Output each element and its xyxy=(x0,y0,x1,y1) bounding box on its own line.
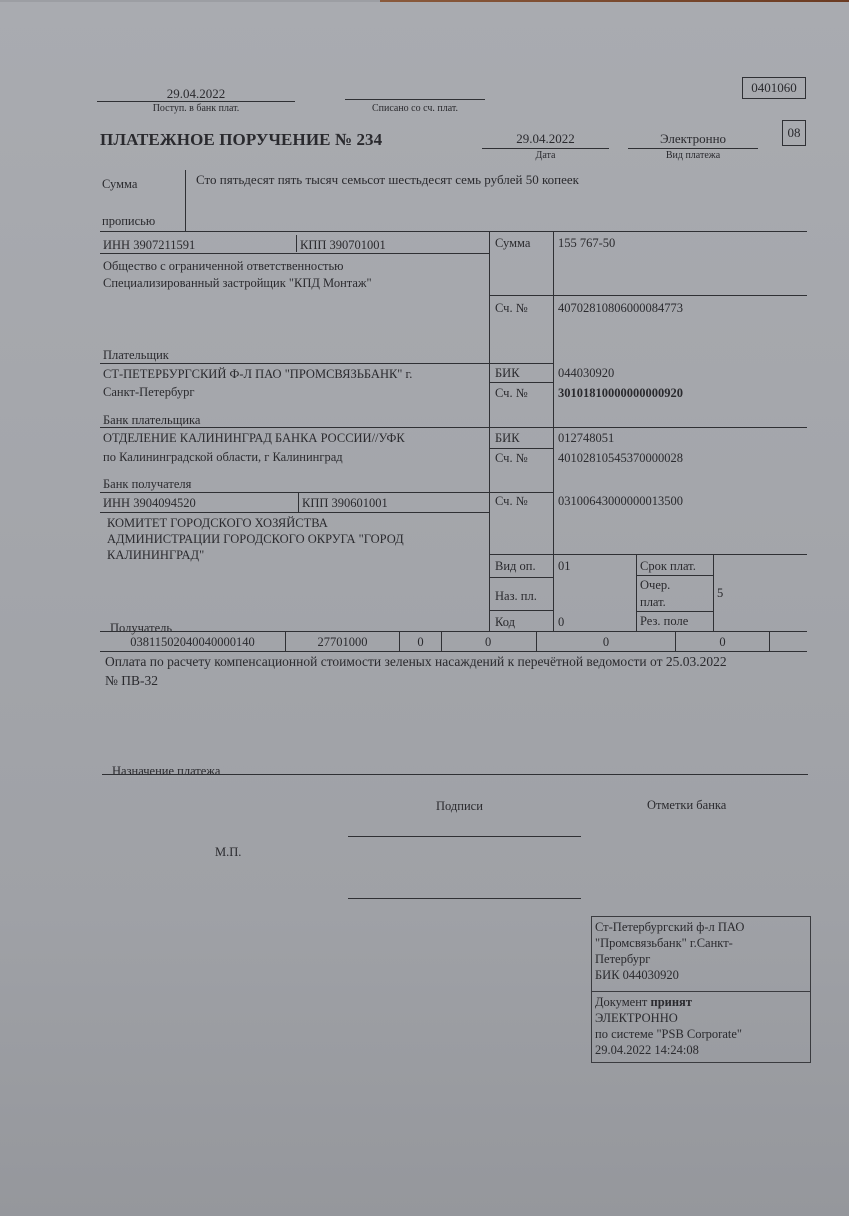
payee-inn-kpp-divider xyxy=(298,493,299,512)
main-vertical-divider xyxy=(489,231,490,631)
payment-type-line xyxy=(628,148,758,149)
payee-name-3: КАЛИНИНГРАД" xyxy=(107,548,204,563)
form-code-box: 0401060 xyxy=(742,77,806,99)
stamp-timestamp: 29.04.2022 14:24:08 xyxy=(595,1042,807,1058)
priority-label-1: Очер. xyxy=(640,578,670,593)
bank-marks-label: Отметки банка xyxy=(647,798,726,813)
tax-row-top-line xyxy=(100,631,807,632)
document-date: 29.04.2022 xyxy=(482,131,609,147)
payee-bank-bottom-line xyxy=(100,492,554,493)
reserve-label: Рез. поле xyxy=(640,614,688,629)
payment-type-label: Вид платежа xyxy=(628,150,758,161)
payee-bank-label: Банк получателя xyxy=(103,477,191,492)
document-date-line xyxy=(482,148,609,149)
amount-line xyxy=(489,295,807,296)
stamp-place-label: М.П. xyxy=(215,845,241,860)
signature-line-1 xyxy=(348,836,581,837)
term-label: Срок плат. xyxy=(640,559,696,574)
status-code: 08 xyxy=(788,125,801,140)
stamp-line-3: Петербург xyxy=(595,951,807,967)
op-type-label: Вид оп. xyxy=(495,559,536,574)
doc-number: 0 xyxy=(537,635,675,650)
payee-name-1: КОМИТЕТ ГОРОДСКОГО ХОЗЯЙСТВА xyxy=(107,516,328,531)
bank-acceptance-stamp: Ст-Петербургский ф-л ПАО "Промсвязьбанк"… xyxy=(591,916,811,1063)
stamp-acceptance-info: Документ принят ЭЛЕКТРОННО по системе "P… xyxy=(592,992,810,1060)
status-code-box: 08 xyxy=(782,120,806,146)
payee-account-bottom-line xyxy=(489,554,807,555)
stamp-line-6: ЭЛЕКТРОННО xyxy=(595,1010,807,1026)
payer-bank-name-1: СТ-ПЕТЕРБУРГСКИЙ Ф-Л ПАО "ПРОМСВЯЗЬБАНК"… xyxy=(103,367,412,382)
tax-row-bottom-line xyxy=(100,651,807,652)
payee-bik: 012748051 xyxy=(558,431,614,446)
payer-name-1: Общество с ограниченной ответственностью xyxy=(103,259,344,274)
payment-order-page: 0401060 29.04.2022 Поступ. в банк плат. … xyxy=(0,2,849,1216)
oktmo: 27701000 xyxy=(286,635,399,650)
stamp-accepted-word: принят xyxy=(651,995,692,1009)
priority: 5 xyxy=(717,586,723,601)
payer-name-2: Специализированный застройщик "КПД Монта… xyxy=(103,276,372,291)
payee-label: Получатель xyxy=(110,621,172,636)
label-value-divider xyxy=(553,231,554,631)
payer-bottom-line xyxy=(100,363,554,364)
amount-words-value: Сто пятьдесят пять тысяч семьсот шестьде… xyxy=(196,172,579,188)
payee-inn: ИНН 3904094520 xyxy=(103,496,196,511)
payee-account-label: Сч. № xyxy=(495,494,528,509)
payer-bank-label: Банк плательщика xyxy=(103,413,200,428)
stamp-line-1: Ст-Петербургский ф-л ПАО xyxy=(595,919,807,935)
stamp-line-4: БИК 044030920 xyxy=(595,967,807,983)
payer-bank-account-label: Сч. № xyxy=(495,386,528,401)
stamp-bank-info: Ст-Петербургский ф-л ПАО "Промсвязьбанк"… xyxy=(592,917,810,992)
purpose-type-label: Наз. пл. xyxy=(495,589,537,604)
payee-bank-account: 40102810545370000028 xyxy=(558,451,683,466)
purpose-type-line xyxy=(489,610,554,611)
signatures-label: Подписи xyxy=(436,799,483,814)
received-date: 29.04.2022 xyxy=(98,86,294,102)
payer-inn: ИНН 3907211591 xyxy=(103,238,195,253)
payer-account-label: Сч. № xyxy=(495,301,528,316)
row-line-top xyxy=(100,231,807,232)
amount-words-label-2: прописью xyxy=(102,214,155,229)
op-type: 01 xyxy=(558,559,571,574)
code: 0 xyxy=(558,615,564,630)
received-label: Поступ. в банк плат. xyxy=(98,103,294,114)
payer-bank-name-2: Санкт-Петербург xyxy=(103,385,194,400)
purpose-label: Назначение платежа xyxy=(112,764,220,779)
amount-words-divider xyxy=(185,170,186,232)
tax-cell-divider xyxy=(769,631,770,651)
tax-cell-divider xyxy=(441,631,442,651)
tax-period: 0 xyxy=(485,635,491,650)
term-line xyxy=(636,575,714,576)
code-label: Код xyxy=(495,615,515,630)
kbk: 03811502040040000140 xyxy=(100,635,285,650)
received-date-line xyxy=(97,101,295,102)
stamp-line-7: по системе "PSB Corporate" xyxy=(595,1026,807,1042)
payer-bik: 044030920 xyxy=(558,366,614,381)
payee-bank-account-label: Сч. № xyxy=(495,451,528,466)
op-type-line xyxy=(489,577,554,578)
payer-bik-line xyxy=(489,382,554,383)
payee-kpp: КПП 390601001 xyxy=(302,496,388,511)
debited-label: Списано со сч. плат. xyxy=(345,103,485,114)
payee-bik-label: БИК xyxy=(495,431,520,446)
tax-basis: 0 xyxy=(400,635,441,650)
amount-words-label-1: Сумма xyxy=(102,177,137,192)
payer-label: Плательщик xyxy=(103,348,169,363)
payer-account: 40702810806000084773 xyxy=(558,301,683,316)
priority-line xyxy=(636,611,714,612)
signature-line-2 xyxy=(348,898,581,899)
payer-inn-line xyxy=(100,253,489,254)
form-code: 0401060 xyxy=(751,80,797,95)
stamp-accepted-prefix: Документ xyxy=(595,995,651,1009)
payer-kpp: КПП 390701001 xyxy=(300,238,386,253)
payee-inn-line xyxy=(100,512,489,513)
payer-bik-label: БИК xyxy=(495,366,520,381)
payee-bank-name-2: по Калининградской области, г Калинингра… xyxy=(103,450,343,465)
stamp-line-2: "Промсвязьбанк" г.Санкт- xyxy=(595,935,807,951)
payee-bik-line xyxy=(489,448,554,449)
priority-label-2: плат. xyxy=(640,595,666,610)
payment-type: Электронно xyxy=(628,131,758,147)
inn-kpp-divider xyxy=(296,235,297,252)
term-divider-right xyxy=(713,554,714,631)
document-date-label: Дата xyxy=(482,150,609,161)
amount-value: 155 767-50 xyxy=(558,236,615,251)
purpose-line-1: Оплата по расчету компенсационной стоимо… xyxy=(105,654,727,670)
payee-bank-name-1: ОТДЕЛЕНИЕ КАЛИНИНГРАД БАНКА РОССИИ//УФК xyxy=(103,431,405,446)
payer-bank-bottom-line xyxy=(100,427,807,428)
payer-bank-account: 30101810000000000920 xyxy=(558,386,683,401)
stamp-accepted-line: Документ принят xyxy=(595,994,807,1010)
debited-date-line xyxy=(345,99,485,100)
purpose-bottom-line xyxy=(102,774,808,775)
doc-date: 0 xyxy=(676,635,769,650)
document-title: ПЛАТЕЖНОЕ ПОРУЧЕНИЕ № 234 xyxy=(100,130,382,150)
payee-account: 03100643000000013500 xyxy=(558,494,683,509)
amount-label: Сумма xyxy=(495,236,530,251)
purpose-line-2: № ПВ-32 xyxy=(105,673,158,689)
payee-name-2: АДМИНИСТРАЦИИ ГОРОДСКОГО ОКРУГА "ГОРОД xyxy=(107,532,404,547)
term-divider-left xyxy=(636,554,637,631)
